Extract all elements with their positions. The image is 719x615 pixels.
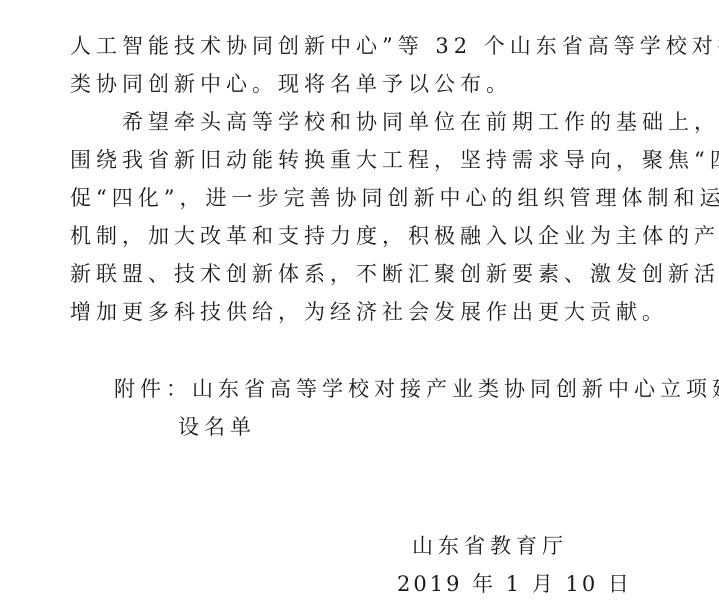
attachment-line: 设名单 <box>178 414 719 440</box>
paragraph-line: 人工智能技术协同创新中心”等 32 个山东省高等学校对接产业 <box>70 33 650 59</box>
paragraph-line: 围绕我省新旧动能转换重大工程，坚持需求导向，聚焦“四新” <box>70 147 650 173</box>
document-page: 人工智能技术协同创新中心”等 32 个山东省高等学校对接产业 类协同创新中心。现… <box>0 0 719 615</box>
paragraph-line: 希望牵头高等学校和协同单位在前期工作的基础上，紧紧 <box>122 109 702 135</box>
attachment-line: 附件：山东省高等学校对接产业类协同创新中心立项建 <box>114 376 694 402</box>
paragraph-line: 增加更多科技供给，为经济社会发展作出更大贡献。 <box>70 299 650 325</box>
paragraph-line: 促“四化”，进一步完善协同创新中心的组织管理体制和运行 <box>70 185 650 211</box>
issuer-signature: 山东省教育厅 <box>412 533 719 559</box>
paragraph-line: 机制，加大改革和支持力度，积极融入以企业为主体的产业创 <box>70 223 650 249</box>
issue-date: 2019 年 1 月 10 日 <box>397 571 719 597</box>
paragraph-line: 新联盟、技术创新体系，不断汇聚创新要素、激发创新活力， <box>70 261 650 287</box>
paragraph-line: 类协同创新中心。现将名单予以公布。 <box>70 71 650 97</box>
